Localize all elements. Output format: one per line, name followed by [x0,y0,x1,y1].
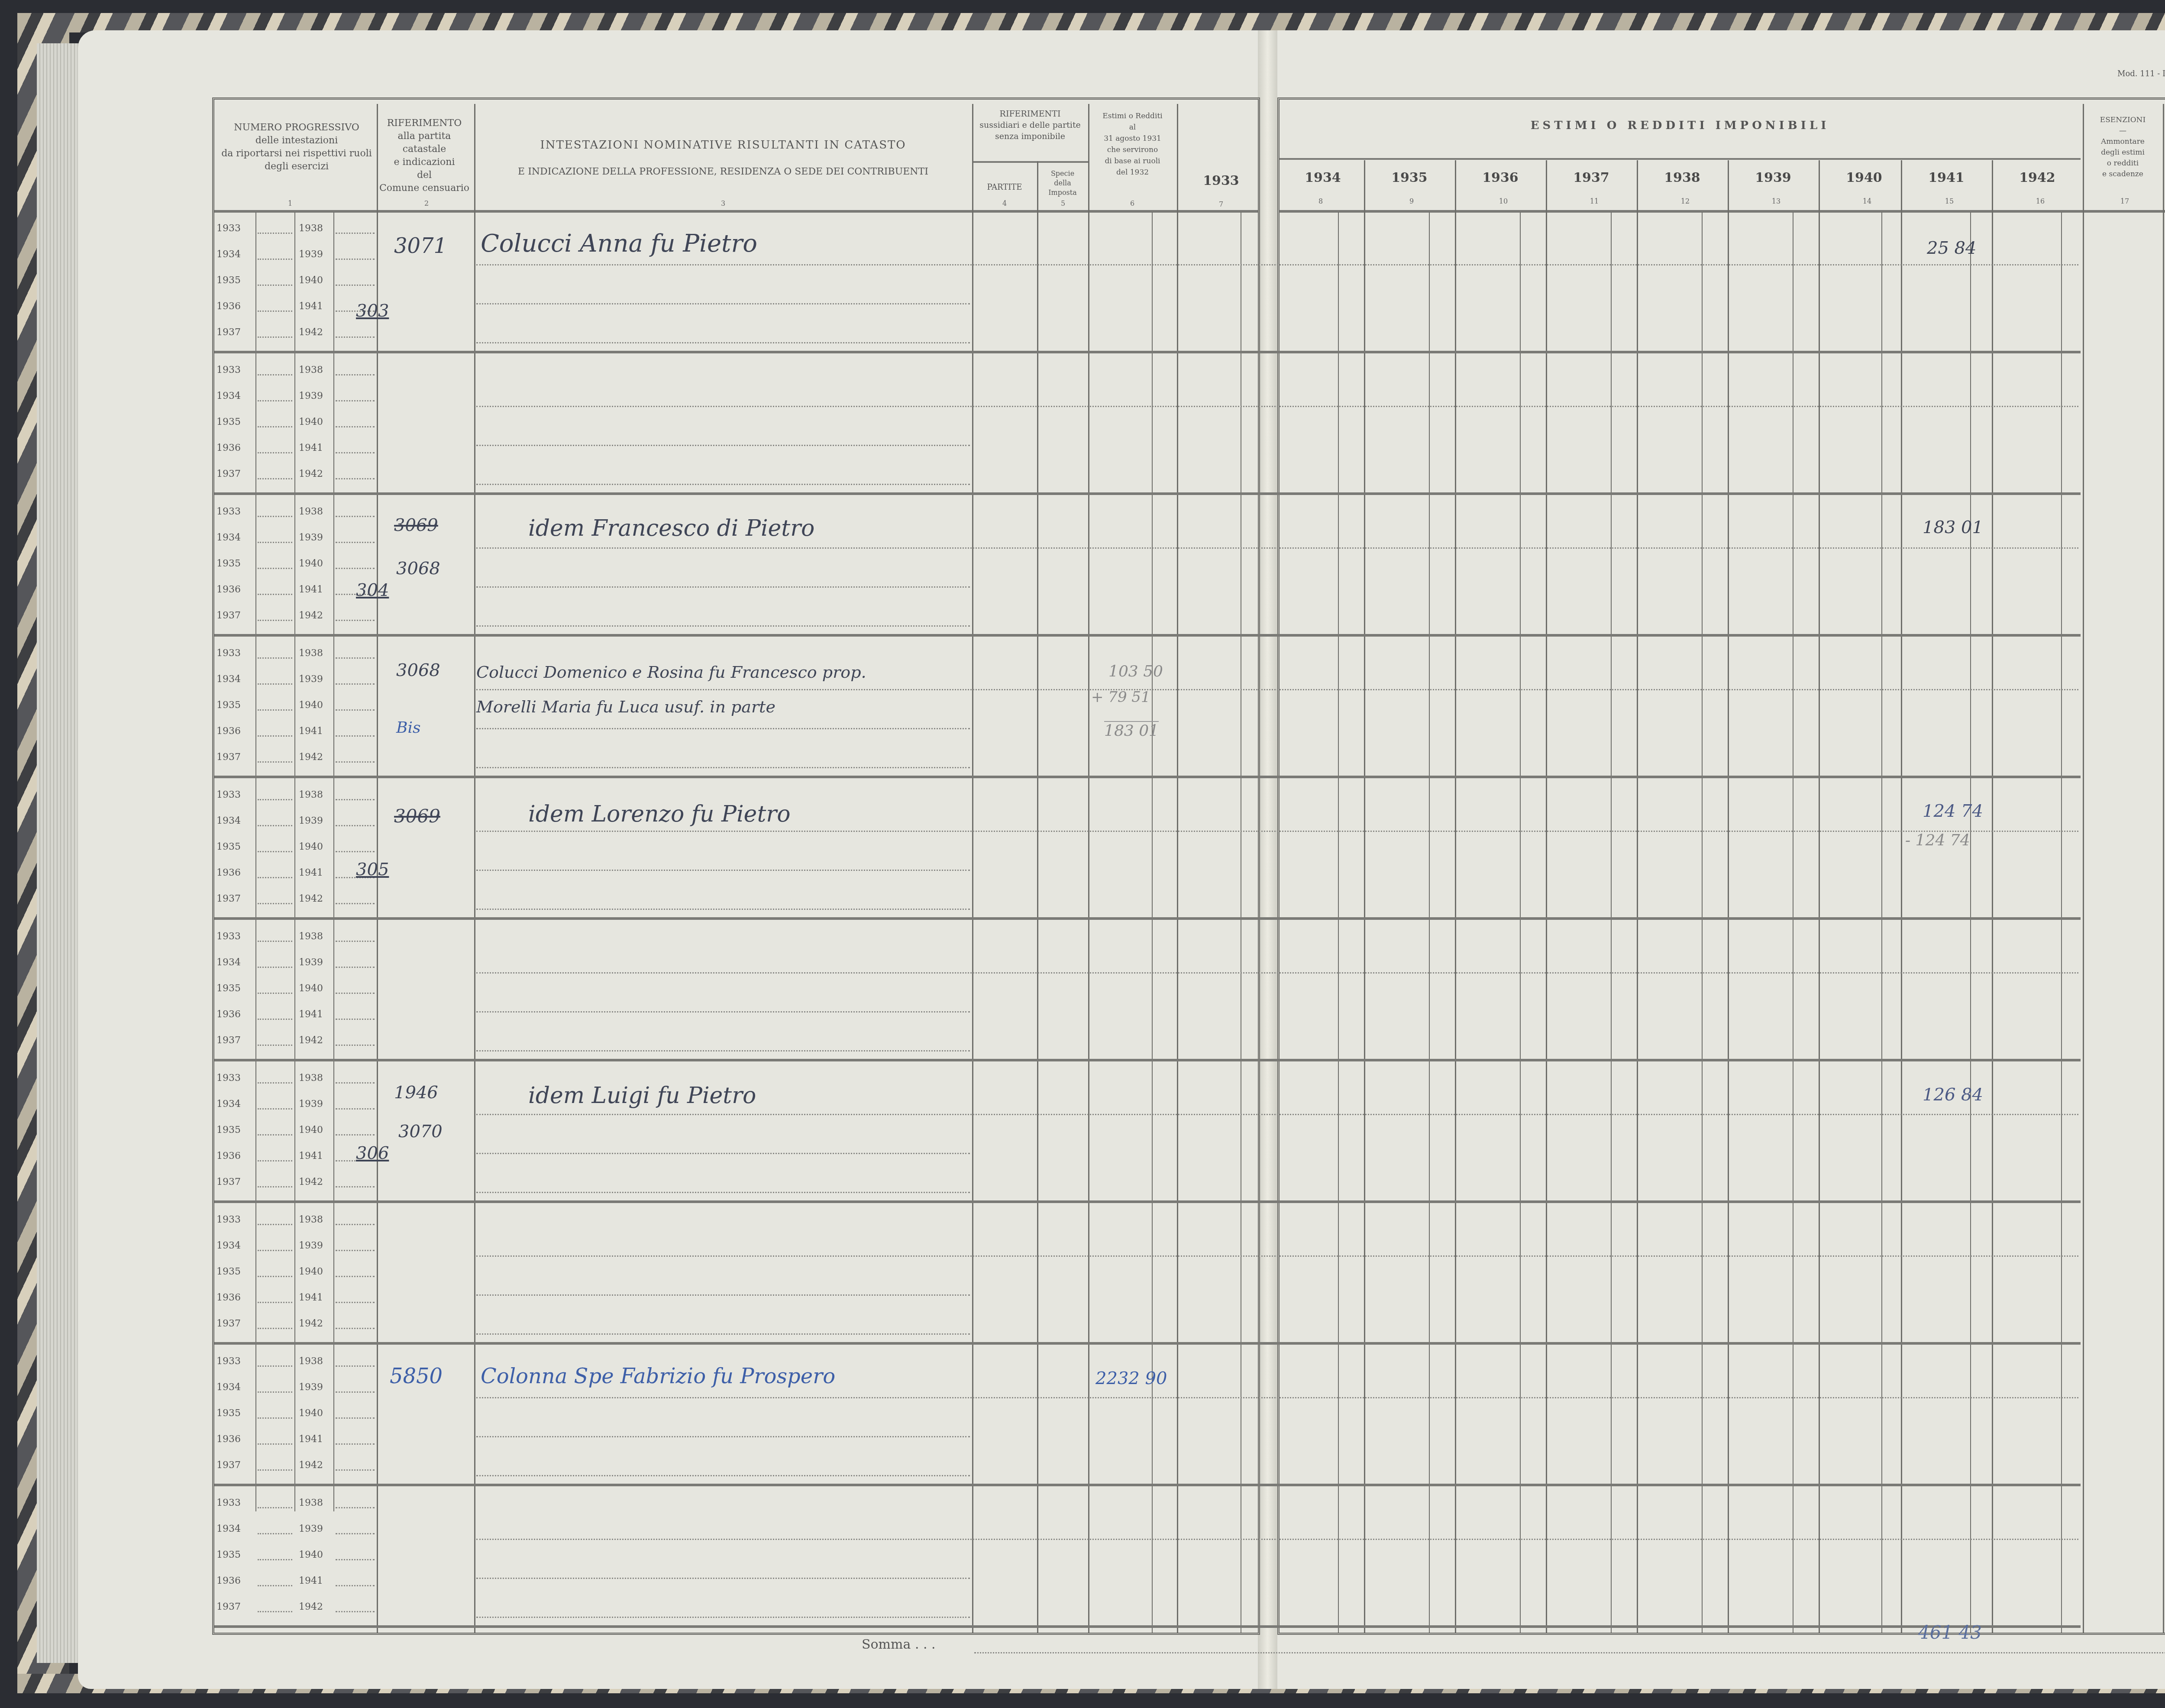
year-label-right: 1941 [299,1575,323,1586]
year-label-left: 1937 [216,469,241,479]
dotted-rule [476,406,2078,407]
year-label-right: 1940 [299,983,323,994]
year-label-right: 1939 [299,674,323,685]
entry-5-partita: 3069 [394,805,440,827]
year-label-left: 1937 [216,1177,241,1187]
row-rule [214,1484,2081,1486]
entry-1-val-1941: 25 84 [1927,238,1977,258]
entry-7-name: idem Luigi fu Pietro [528,1083,756,1109]
year-fill-rule [336,233,375,234]
year-label-right: 1940 [299,417,323,427]
year-fill-rule [258,285,292,286]
entry-7-val-1941: 126 84 [1923,1085,1983,1105]
year-fill-rule [258,1533,292,1534]
year-fill-rule [336,259,375,260]
entry-5-val-1941: 124 74 [1923,801,1983,821]
col-num-3: 3 [719,199,727,207]
year-fill-rule [258,1417,292,1419]
dotted-rule [476,1050,970,1051]
dotted-rule [476,625,970,627]
form-title: Mod. 111 - Imposte Dirette (Intercalare)… [2117,69,2165,78]
year-label-left: 1933 [216,1073,241,1084]
year-fill-rule [258,1160,292,1161]
year-label-left: 1933 [216,365,241,375]
dotted-rule [476,1192,970,1193]
year-fill-rule [258,1082,292,1084]
year-label-left: 1933 [216,931,241,942]
specie-line: Imposta [1037,188,1088,197]
year-label-right: 1939 [299,1524,323,1534]
year-label-right: 1938 [299,506,323,517]
entry-1-name: Colucci Anna fu Pietro [481,230,757,258]
year-fill-rule [336,1019,375,1020]
year-subdivider [333,212,334,1511]
year-label-right: 1942 [299,610,323,621]
year-label-right: 1941 [299,726,323,737]
year-fill-rule [258,1559,292,1560]
entry-7-progressive: 306 [356,1143,389,1163]
entry-5-val-1941-correction: - 124 74 [1905,831,1970,849]
cents-divider [1241,212,1241,1633]
somma-total-1941: 461 43 [1918,1622,1982,1643]
specie-subheader: Specie della Imposta [1037,169,1088,197]
col-divider [2083,104,2084,1633]
entry-3-val-1941: 183 01 [1923,518,1983,537]
col-num-6: 6 [1128,199,1137,207]
col-num-9: 9 [1407,197,1416,205]
year-fill-rule [336,1559,375,1560]
year-fill-rule [258,1328,292,1329]
year-fill-rule [336,1365,375,1367]
cents-divider [1520,212,1521,1633]
year-fill-rule [336,1045,375,1046]
year-fill-rule [336,568,375,569]
year-fill-rule [336,452,375,453]
year-fill-rule [336,851,375,852]
year-label-right: 1938 [299,1073,323,1084]
somma-rule [974,1652,2165,1653]
year-fill-rule [336,1443,375,1445]
dotted-rule [476,870,970,871]
col45-header: RIFERIMENTI sussidiari e delle partite s… [972,108,1088,142]
col17-header: ESENZIONI — Ammontare degli estimi o red… [2083,115,2163,180]
dotted-rule [476,1578,970,1579]
year-fill-rule [258,1507,292,1508]
col-divider [1819,160,1820,1633]
year-label-right: 1939 [299,1099,323,1110]
year-fill-rule [336,709,375,711]
year-label-right: 1940 [299,1408,323,1419]
year-fill-rule [258,542,292,543]
year-label-left: 1933 [216,648,241,659]
year-fill-rule [258,594,292,595]
entry-5-progressive: 305 [356,860,389,880]
dotted-rule [476,484,970,485]
year-label-right: 1938 [299,648,323,659]
row-rule [214,1200,2081,1203]
year-label-left: 1935 [216,1266,241,1277]
dotted-rule [476,303,970,304]
col6-line: 31 agosto 1931 [1088,133,1177,144]
year-fill-rule [258,657,292,659]
col2-line: del [377,169,472,182]
year-label-left: 1934 [216,1382,241,1393]
estimi-title: ESTIMI O REDDITI IMPONIBILI [1280,119,2081,132]
year-fill-rule [258,1585,292,1586]
year-label-right: 1939 [299,1382,323,1393]
year-header-1939: 1939 [1728,170,1819,185]
year-label-right: 1942 [299,1035,323,1046]
col2-header: RIFERIMENTO alla partita catastale e ind… [377,117,472,195]
col-num-16: 16 [2035,197,2045,205]
dotted-rule [476,1475,970,1476]
year-label-right: 1939 [299,249,323,260]
year-fill-rule [336,683,375,685]
row-rule [214,1625,2081,1628]
row-rule [214,634,2081,637]
year-header-1934: 1934 [1282,170,1364,185]
year-label-right: 1940 [299,1266,323,1277]
year-fill-rule [336,1611,375,1612]
partite-subheader: PARTITE [972,181,1037,194]
year-fill-rule [336,1186,375,1187]
year-label-right: 1940 [299,275,323,286]
year-label-left: 1937 [216,1460,241,1471]
col3-title: INTESTAZIONI NOMINATIVE RISULTANTI IN CA… [476,139,970,152]
year-label-right: 1940 [299,700,323,711]
year-label-right: 1939 [299,532,323,543]
header-rule-left [214,210,1258,213]
col17-line: o redditi [2083,158,2163,169]
dotted-rule [476,1114,2078,1115]
cents-divider [2061,212,2062,1633]
col2-line: Comune censuario [377,182,472,195]
year-fill-rule [258,311,292,312]
year-fill-rule [258,568,292,569]
year-fill-rule [336,620,375,621]
year-label-right: 1938 [299,931,323,942]
dotted-rule [476,728,970,729]
col2-line: e indicazioni [377,156,472,169]
dotted-rule [476,767,970,768]
year-label-right: 1940 [299,1549,323,1560]
col-num-8: 8 [1316,197,1325,205]
col-num-4: 4 [1000,199,1009,207]
year-subdivider [255,212,256,1511]
year-fill-rule [258,233,292,234]
cents-divider [1793,212,1793,1633]
year-fill-rule [258,1224,292,1225]
year-label-left: 1936 [216,1292,241,1303]
col45-title: RIFERIMENTI [972,108,1088,120]
year-label-left: 1936 [216,1151,241,1161]
row-rule [214,776,2081,778]
year-label-right: 1942 [299,1318,323,1329]
dotted-rule [476,264,2078,265]
year-fill-rule [258,1365,292,1367]
entry-4-partita: 3068 [396,660,440,680]
dotted-rule [476,1397,2078,1398]
header-rule-right [1280,210,2165,213]
year-fill-rule [336,1417,375,1419]
dotted-rule [476,586,970,588]
year-label-left: 1934 [216,1240,241,1251]
year-label-left: 1934 [216,674,241,685]
year-label-right: 1941 [299,867,323,878]
year-label-right: 1938 [299,223,323,234]
row-rule [214,917,2081,920]
dotted-rule [476,831,2078,832]
year-fill-rule [258,967,292,968]
entry-3-partita-b: 3068 [396,559,440,579]
col-divider [1637,160,1638,1633]
year-fill-rule [336,1328,375,1329]
cents-divider [1152,212,1153,1633]
year-fill-rule [258,761,292,763]
year-fill-rule [336,1507,375,1508]
year-fill-rule [258,851,292,852]
year-fill-rule [336,478,375,479]
year-fill-rule [258,452,292,453]
year-fill-rule [336,1134,375,1135]
year-label-right: 1941 [299,301,323,312]
col6-line: al [1088,122,1177,133]
year-label-left: 1935 [216,700,241,711]
dotted-rule [476,1539,2078,1540]
year-label-left: 1934 [216,1524,241,1534]
year-label-left: 1935 [216,1408,241,1419]
col-num-10: 10 [1498,197,1509,205]
year-label-left: 1936 [216,301,241,312]
year-subdivider [294,212,295,1511]
col6-line: del 1932 [1088,167,1177,178]
year-fill-rule [258,941,292,942]
year-fill-rule [258,1276,292,1277]
year-fill-rule [258,903,292,904]
year-header-1936: 1936 [1455,170,1546,185]
col2-line: alla partita catastale [377,130,472,156]
year-label-left: 1937 [216,752,241,763]
cents-divider [1338,212,1339,1633]
row-rule [214,492,2081,495]
row-rule [214,351,2081,353]
marbled-endpaper-top [17,13,2165,32]
year-fill-rule [258,1250,292,1251]
dotted-rule [476,547,2078,549]
year-fill-rule [258,825,292,826]
col6-header: Estimi o Redditi al 31 agosto 1931 che s… [1088,110,1177,178]
year-fill-rule [258,993,292,994]
year-fill-rule [336,336,375,338]
dotted-rule [476,1011,970,1013]
year-label-left: 1934 [216,957,241,968]
year-fill-rule [258,336,292,338]
col17-dash: — [2083,126,2163,136]
year-label-left: 1937 [216,1318,241,1329]
year-label-right: 1939 [299,1240,323,1251]
year-fill-rule [258,1186,292,1187]
col-divider [1455,160,1456,1633]
year-header-1933: 1933 [1178,173,1264,188]
year-label-right: 1942 [299,752,323,763]
col17-title: ESENZIONI [2083,115,2163,126]
col-divider [2163,104,2164,1633]
year-fill-rule [258,1019,292,1020]
entry-9-partita: 5850 [390,1364,443,1388]
year-fill-rule [258,426,292,427]
dotted-rule [476,1436,970,1437]
year-fill-rule [258,1108,292,1110]
col-divider [1728,160,1729,1633]
year-label-left: 1933 [216,506,241,517]
year-fill-rule [258,400,292,401]
col-num-1: 1 [286,199,294,207]
col6-line: che servirono [1088,144,1177,155]
year-header-1938: 1938 [1637,170,1728,185]
year-fill-rule [336,1533,375,1534]
cents-divider [1881,212,1882,1633]
year-label-left: 1937 [216,1035,241,1046]
col-num-12: 12 [1680,197,1690,205]
entry-9-name: Colonna Spe Fabrizio fu Prospero [481,1364,835,1388]
year-fill-rule [258,1134,292,1135]
cents-divider [1970,212,1971,1633]
year-header-1940: 1940 [1819,170,1910,185]
year-label-left: 1935 [216,1125,241,1135]
year-label-left: 1935 [216,275,241,286]
year-label-left: 1933 [216,789,241,800]
entry-4-estimo-1931-sum: 183 01 [1104,721,1159,740]
year-label-right: 1942 [299,1601,323,1612]
col3-subtitle: E INDICAZIONE DELLA PROFESSIONE, RESIDEN… [476,165,970,178]
entry-7-partita: 1946 [394,1083,438,1103]
col-divider [1546,160,1547,1633]
year-fill-rule [336,542,375,543]
year-label-right: 1938 [299,1214,323,1225]
year-fill-rule [258,1302,292,1303]
dotted-rule [476,1333,970,1335]
year-label-left: 1934 [216,249,241,260]
entry-5-name: idem Lorenzo fu Pietro [528,801,790,827]
col-divider [972,104,973,1633]
year-label-left: 1933 [216,1498,241,1508]
year-header-1942: 1942 [1992,170,2083,185]
col1-header: NUMERO PROGRESSIVO delle intestazioni da… [214,121,379,173]
col-num-17: 17 [2120,197,2130,205]
year-fill-rule [258,735,292,737]
year-fill-rule [258,709,292,711]
dotted-rule [476,1255,2078,1257]
year-fill-rule [336,1585,375,1586]
year-label-left: 1933 [216,1214,241,1225]
col45-line: sussidiari e delle partite [972,120,1088,131]
riferimenti-subrule [972,161,1088,163]
year-label-right: 1942 [299,1177,323,1187]
year-label-left: 1933 [216,223,241,234]
col-num-11: 11 [1589,197,1600,205]
col6-line: Estimi o Redditi [1088,110,1177,122]
year-fill-rule [258,683,292,685]
dotted-rule [476,1153,970,1154]
col-divider [1088,104,1089,1633]
dotted-rule [476,342,970,343]
year-fill-rule [258,620,292,621]
year-header-1941: 1941 [1901,170,1992,185]
cents-divider [1702,212,1703,1633]
specie-line: della [1037,178,1088,188]
row-rule [214,1059,2081,1061]
year-fill-rule [258,1469,292,1471]
year-label-left: 1936 [216,584,241,595]
dotted-rule [476,1617,970,1618]
year-fill-rule [258,877,292,878]
year-fill-rule [336,941,375,942]
table-frame-right [1277,97,2165,1635]
dotted-rule [476,972,2078,974]
year-fill-rule [336,967,375,968]
year-label-left: 1935 [216,417,241,427]
year-label-right: 1941 [299,1151,323,1161]
year-fill-rule [258,1045,292,1046]
year-fill-rule [336,1469,375,1471]
specie-line: Specie [1037,169,1088,178]
year-label-left: 1935 [216,1549,241,1560]
year-label-left: 1935 [216,841,241,852]
dotted-rule [476,445,970,446]
year-label-right: 1939 [299,815,323,826]
year-label-right: 1942 [299,469,323,479]
year-label-right: 1942 [299,893,323,904]
year-label-left: 1934 [216,1099,241,1110]
year-label-left: 1936 [216,1575,241,1586]
col-num-5: 5 [1059,199,1067,207]
col-divider [1364,160,1365,1633]
col-num-15: 15 [1944,197,1955,205]
entry-9-estimo-1931: 2232 90 [1095,1368,1167,1388]
entry-3-name: idem Francesco di Pietro [528,515,814,541]
entry-3-partita: 3069 [394,515,438,535]
year-fill-rule [336,1082,375,1084]
entry-4-estimo-1931: 103 50 [1108,663,1163,680]
col1-line: da riportarsi nei rispettivi ruoli [214,147,379,160]
year-label-left: 1936 [216,867,241,878]
col17-line: Ammontare [2083,136,2163,147]
year-label-right: 1938 [299,1498,323,1508]
year-label-right: 1941 [299,1434,323,1445]
year-label-right: 1938 [299,365,323,375]
col-divider [1901,160,1902,1633]
entry-4-name-line2: Morelli Maria fu Luca usuf. in parte [476,697,776,716]
col1-line: degli esercizi [214,160,379,173]
year-label-left: 1937 [216,893,241,904]
year-fill-rule [336,825,375,826]
year-label-left: 1935 [216,983,241,994]
dotted-rule [476,909,970,910]
year-fill-rule [336,400,375,401]
year-fill-rule [336,761,375,763]
year-fill-rule [336,516,375,517]
year-fill-rule [258,799,292,800]
year-fill-rule [336,1391,375,1393]
year-header-1937: 1937 [1546,170,1637,185]
year-label-right: 1940 [299,841,323,852]
year-label-left: 1934 [216,391,241,401]
year-fill-rule [258,259,292,260]
year-label-left: 1934 [216,815,241,826]
year-label-left: 1936 [216,726,241,737]
year-fill-rule [258,516,292,517]
col-num-2: 2 [422,199,431,207]
